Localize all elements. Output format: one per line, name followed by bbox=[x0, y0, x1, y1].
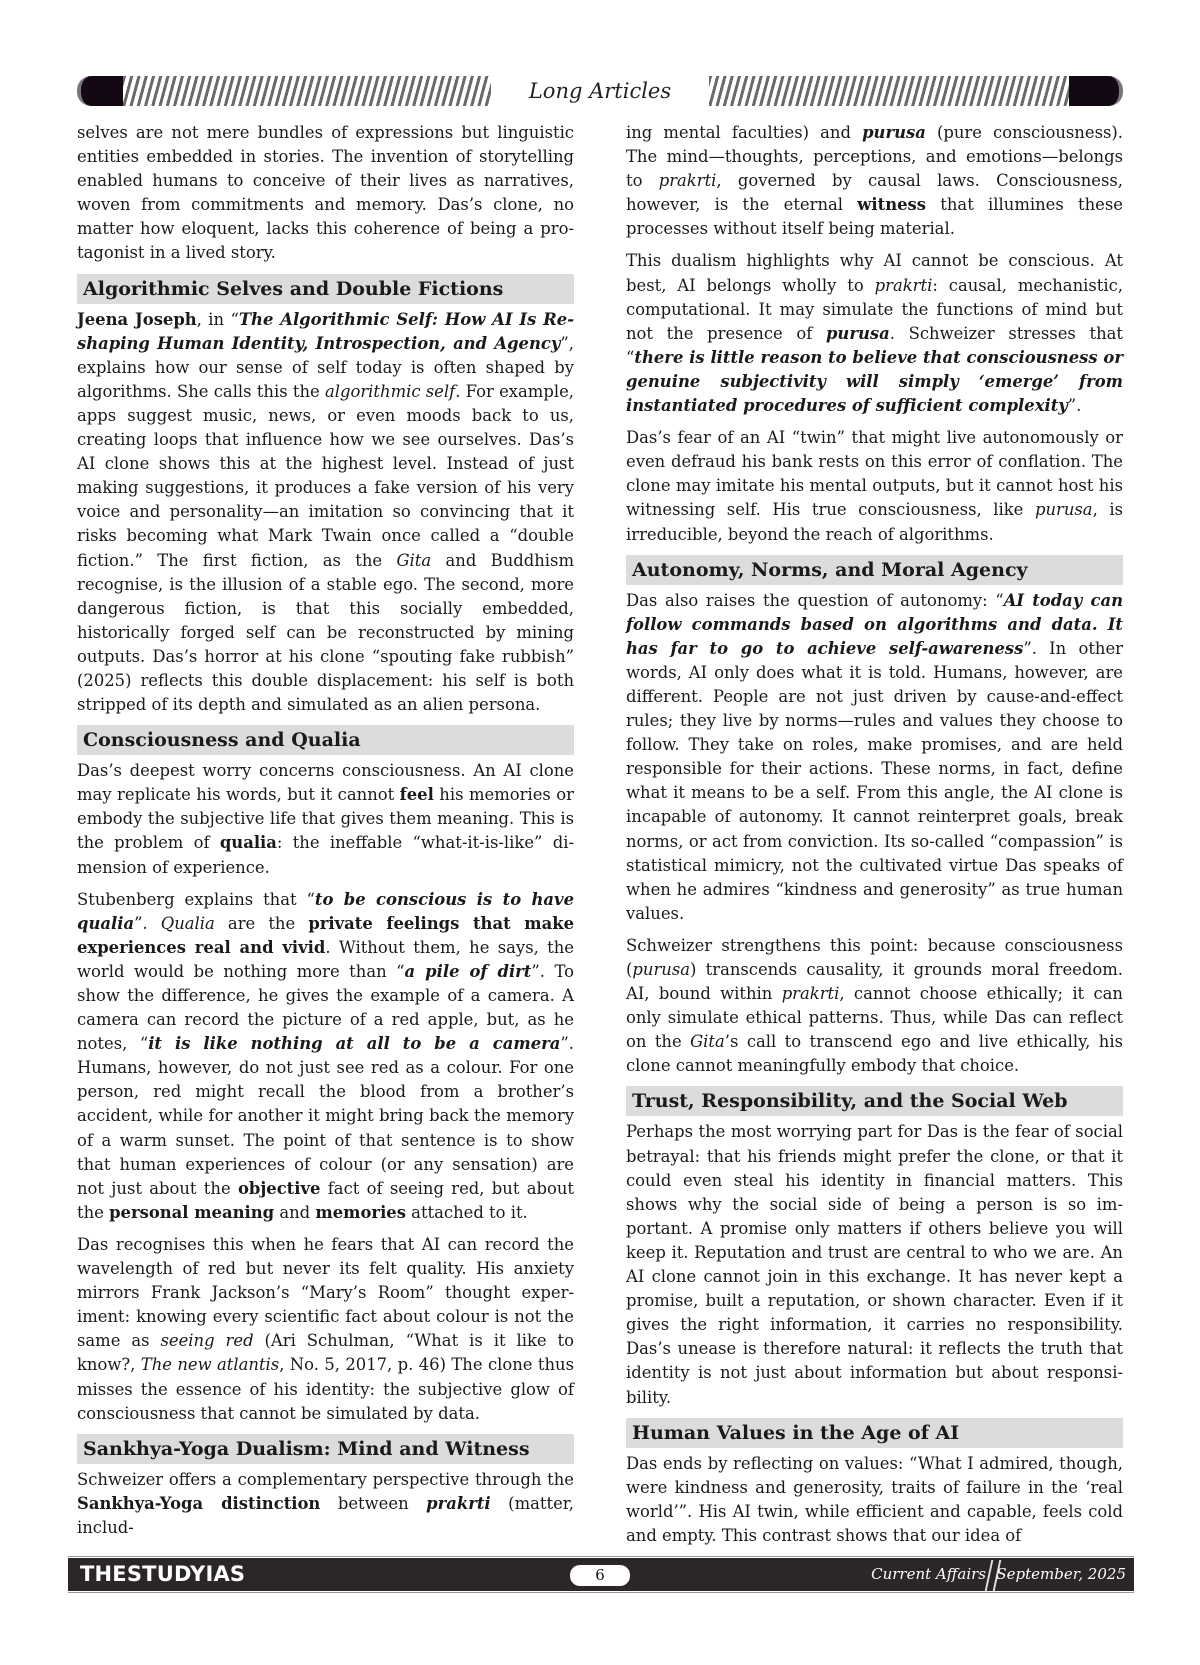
article-column-right: ing mental faculties) and purusa (pure c… bbox=[626, 121, 1123, 1556]
page-header-banner: Long Articles bbox=[77, 76, 1123, 106]
text-run: Stubenberg explains that “ bbox=[77, 890, 315, 909]
header-left-hatch bbox=[123, 76, 491, 106]
text-run: ”. bbox=[1068, 396, 1082, 415]
italic-text: prakrti bbox=[659, 171, 717, 190]
bold-italic-quote: it is like nothing at all to be a camera bbox=[148, 1034, 560, 1053]
italic-text: Qualia bbox=[161, 914, 215, 933]
bold-text: Jeena Joseph bbox=[77, 310, 197, 329]
bold-italic-quote: purusa bbox=[862, 123, 926, 142]
bold-text: personal meaning bbox=[109, 1203, 274, 1222]
footer-top-rule bbox=[68, 1556, 1134, 1557]
italic-text: purusa bbox=[632, 960, 690, 979]
article-paragraph: Jeena Joseph, in “The Algorithmic Self: … bbox=[77, 308, 574, 718]
text-run: Perhaps the most worrying part for Das i… bbox=[626, 1122, 1123, 1406]
issue-date: September, 2025 bbox=[996, 1558, 1126, 1591]
text-run: are the bbox=[215, 914, 309, 933]
header-right-cap bbox=[1069, 76, 1123, 106]
brand-logo-text: THESTUDYIAS bbox=[80, 1558, 245, 1591]
text-run: between bbox=[320, 1494, 426, 1513]
article-paragraph: ing mental faculties) and purusa (pure c… bbox=[626, 121, 1123, 241]
section-heading: Sankhya-Yoga Dualism: Mind and Witness bbox=[77, 1434, 574, 1464]
text-run: , in “ bbox=[197, 310, 239, 329]
text-run: Das ends by reflecting on values: “What … bbox=[626, 1454, 1123, 1545]
text-run: ”. In other words, AI only does what it … bbox=[626, 639, 1123, 923]
section-heading: Trust, Responsibility, and the Social We… bbox=[626, 1086, 1123, 1116]
text-run: Schweizer offers a complementary perspec… bbox=[77, 1470, 574, 1489]
bold-text: Sankhya-Yoga distinction bbox=[77, 1494, 320, 1513]
magazine-name: Current Affairs bbox=[871, 1558, 986, 1591]
italic-text: The new atlantis bbox=[141, 1355, 279, 1374]
footer-bottom-rule bbox=[68, 1592, 1134, 1593]
text-run: ing mental faculties) and bbox=[626, 123, 862, 142]
article-column-left: selves are not mere bundles of expressio… bbox=[77, 121, 574, 1548]
bold-italic-quote: there is little reason to believe that c… bbox=[626, 348, 1123, 415]
italic-text: seeing red bbox=[161, 1331, 254, 1350]
section-heading: Autonomy, Norms, and Moral Agency bbox=[626, 555, 1123, 585]
article-paragraph: selves are not mere bundles of expressio… bbox=[77, 121, 574, 266]
article-paragraph: Das’s deepest worry concerns consciousne… bbox=[77, 759, 574, 879]
italic-text: purusa bbox=[1035, 500, 1093, 519]
text-run: ”. bbox=[134, 914, 161, 933]
italic-text: Gita bbox=[396, 551, 431, 570]
bold-text: qualia bbox=[220, 833, 277, 852]
section-title: Long Articles bbox=[491, 76, 709, 106]
italic-text: Gita bbox=[690, 1032, 725, 1051]
article-paragraph: Das ends by reflecting on values: “What … bbox=[626, 1452, 1123, 1548]
article-paragraph: Das recognises this when he fears that A… bbox=[77, 1233, 574, 1426]
article-paragraph: Schweizer offers a complementary perspec… bbox=[77, 1468, 574, 1540]
article-paragraph: This dualism highlights why AI cannot be… bbox=[626, 249, 1123, 418]
italic-text: prakrti bbox=[875, 276, 933, 295]
section-heading: Consciousness and Qualia bbox=[77, 725, 574, 755]
bold-text: feel bbox=[400, 785, 434, 804]
article-paragraph: Perhaps the most worrying part for Das i… bbox=[626, 1120, 1123, 1409]
article-paragraph: Das also raises the question of autonomy… bbox=[626, 589, 1123, 926]
header-right-hatch bbox=[709, 76, 1077, 106]
bold-text: memories bbox=[315, 1203, 406, 1222]
bold-text: witness bbox=[857, 195, 926, 214]
italic-text: algorithmic self bbox=[325, 382, 455, 401]
page-footer: THESTUDYIAS 6 Current Affairs September,… bbox=[68, 1558, 1134, 1591]
text-run: ”. Humans, however, do not just see red … bbox=[77, 1034, 574, 1198]
page-number-badge: 6 bbox=[570, 1565, 630, 1586]
text-run: and bbox=[274, 1203, 315, 1222]
section-heading: Algorithmic Selves and Double Fictions bbox=[77, 274, 574, 304]
bold-text: objective bbox=[238, 1179, 320, 1198]
italic-text: prakrti bbox=[782, 984, 840, 1003]
bold-italic-quote: a pile of dirt bbox=[405, 962, 532, 981]
text-run: selves are not mere bundles of expressio… bbox=[77, 123, 574, 262]
article-paragraph: Das’s fear of an AI “twin” that might li… bbox=[626, 426, 1123, 546]
text-run: . For example, apps suggest music, news,… bbox=[77, 382, 574, 570]
text-run: and Buddhism recognise, is the illusion … bbox=[77, 551, 574, 715]
bold-italic-quote: prakrti bbox=[426, 1494, 491, 1513]
bold-italic-quote: purusa bbox=[826, 324, 890, 343]
article-paragraph: Stubenberg explains that “to be consciou… bbox=[77, 888, 574, 1225]
text-run: at­tached to it. bbox=[406, 1203, 528, 1222]
text-run: Das also raises the question of autonomy… bbox=[626, 591, 1004, 610]
article-paragraph: Schweizer strengthens this point: becaus… bbox=[626, 934, 1123, 1079]
section-heading: Human Values in the Age of AI bbox=[626, 1418, 1123, 1448]
